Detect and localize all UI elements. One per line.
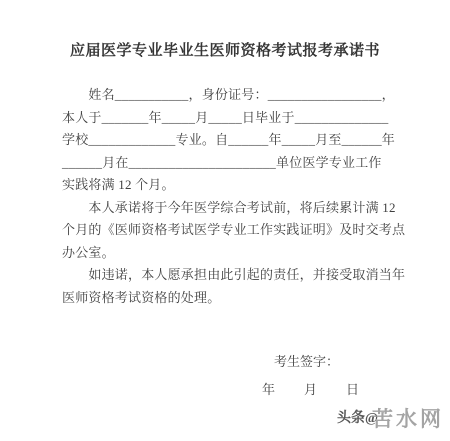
body-line-graduation-date: 本人于_______年_____月_____日毕业于______________	[62, 107, 394, 130]
date-line: 年月日	[262, 379, 359, 398]
document-title: 应届医学专业毕业生医师资格考试报考承诺书	[0, 0, 450, 60]
date-day-label: 日	[346, 379, 359, 398]
body-line-promise-1: 本人承诺将于今年医学综合考试前，将后续累计满 12	[62, 197, 394, 220]
watermark: 头条@苦水网	[337, 406, 444, 435]
body-line-work-unit: ______月在______________________单位医学专业工作	[62, 152, 394, 175]
document-page: 应届医学专业毕业生医师资格考试报考承诺书 姓名___________，身份证号：…	[0, 0, 450, 441]
body-line-promise-3: 办公室。	[62, 242, 394, 265]
body-line-penalty-1: 如违诺，本人愿承担由此引起的责任，并接受取消当年	[62, 264, 394, 287]
document-body: 姓名___________，身份证号：_________________， 本人…	[0, 84, 450, 309]
body-line-penalty-2: 医师资格考试资格的处理。	[62, 287, 394, 310]
date-year-label: 年	[262, 379, 275, 398]
watermark-site-label: 苦水网	[372, 407, 444, 431]
body-line-name-id: 姓名___________，身份证号：_________________，	[62, 84, 394, 107]
body-line-school-major: 学校_____________专业。自______年_____月至______年	[62, 129, 394, 152]
date-month-label: 月	[304, 379, 317, 398]
body-line-practice-months: 实践将满 12 个月。	[62, 174, 394, 197]
examinee-signature-label: 考生签字：	[274, 351, 339, 370]
body-line-promise-2: 个月的《医师资格考试医学专业工作实践证明》及时交考点	[62, 219, 394, 242]
